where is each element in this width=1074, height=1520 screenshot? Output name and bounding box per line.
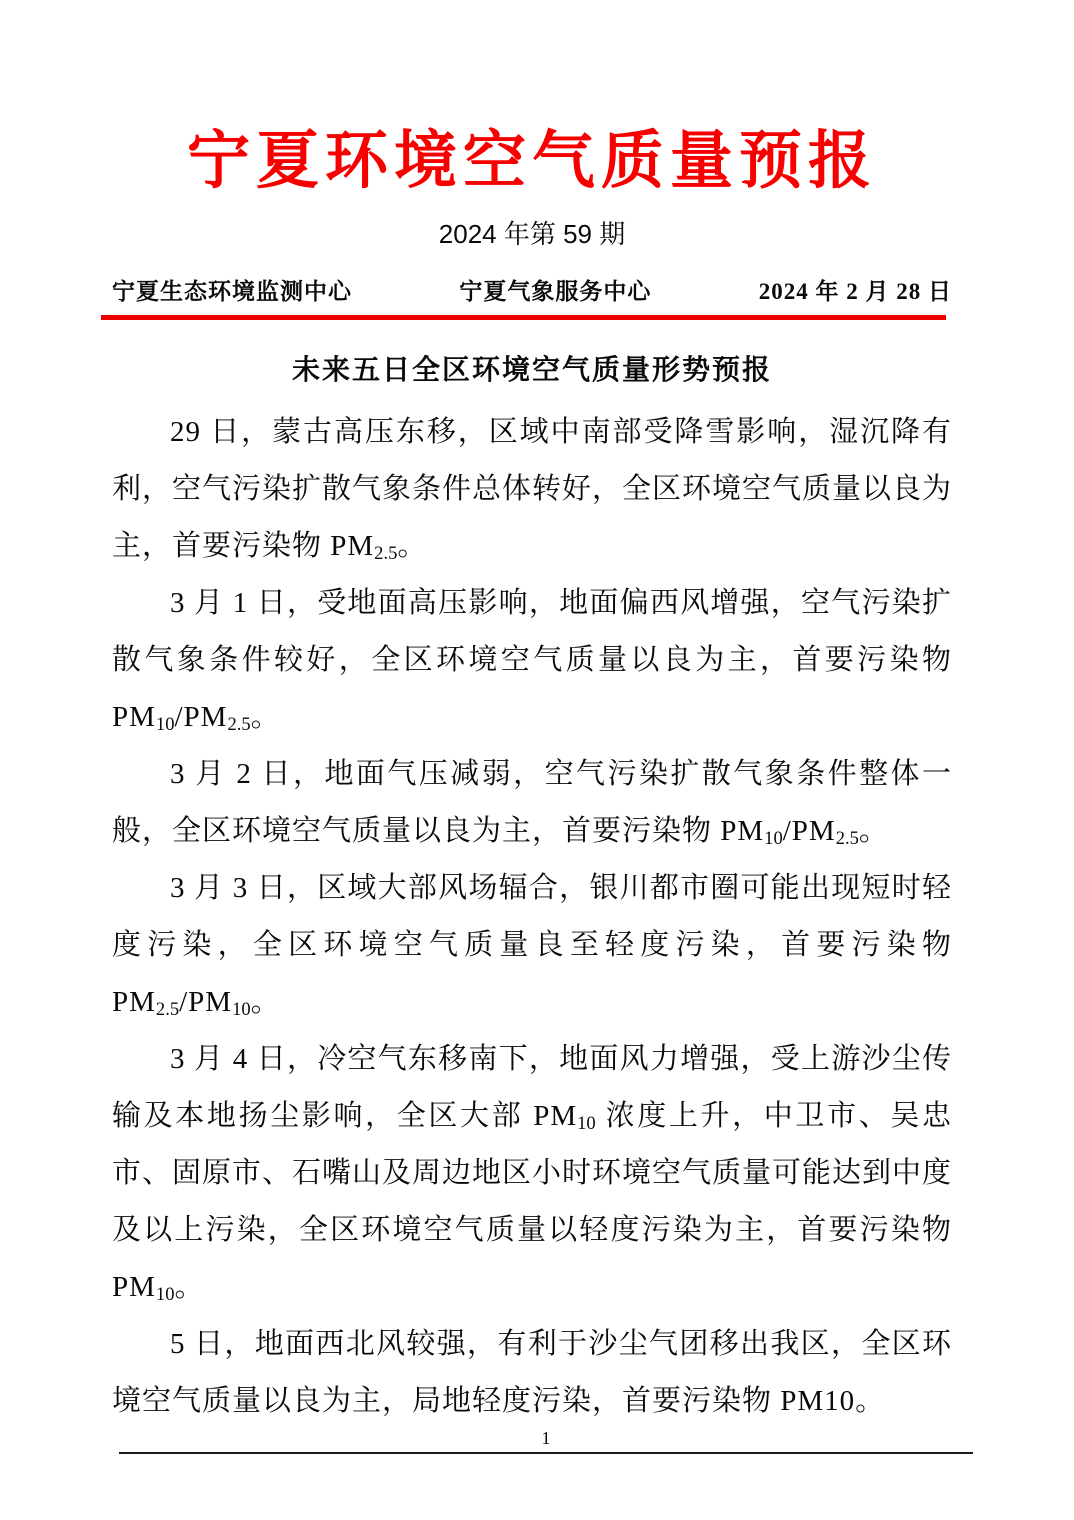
section-heading: 未来五日全区环境空气质量形势预报 [112,354,952,388]
document-page: 宁夏环境空气质量预报 2024 年第 59 期 宁夏生态环境监测中心 宁夏气象服… [0,0,1074,1520]
page-footer: 1 [119,1424,973,1454]
pollutant-subscript: 2.5 [836,828,859,849]
issue-date: 2024 年 2 月 28 日 [759,277,952,307]
org-monitoring-center: 宁夏生态环境监测中心 [112,276,352,306]
document-content: 宁夏环境空气质量预报 2024 年第 59 期 宁夏生态环境监测中心 宁夏气象服… [112,0,952,1430]
forecast-paragraph: 3 月 2 日，地面气压减弱，空气污染扩散气象条件整体一般，全区环境空气质量以良… [112,746,952,860]
pollutant-subscript: 2.5 [374,543,397,564]
red-divider-rule [101,315,946,320]
forecast-paragraph: 3 月 1 日，受地面高压影响，地面偏西风增强，空气污染扩散气象条件较好，全区环… [112,575,952,746]
pollutant-subscript: 10 [577,1113,596,1134]
forecast-paragraph: 29 日，蒙古高压东移，区域中南部受降雪影响，湿沉降有利，空气污染扩散气象条件总… [112,404,952,575]
issue-number: 2024 年第 59 期 [112,218,952,250]
forecast-paragraph: 5 日，地面西北风较强，有利于沙尘气团移出我区，全区环境空气质量以良为主，局地轻… [112,1316,952,1430]
forecast-paragraphs: 29 日，蒙古高压东移，区域中南部受降雪影响，湿沉降有利，空气污染扩散气象条件总… [112,404,952,1430]
pollutant-subscript: 10 [156,1284,175,1305]
forecast-paragraph: 3 月 3 日，区域大部风场辐合，银川都市圈可能出现短时轻度污染，全区环境空气质… [112,860,952,1031]
forecast-paragraph: 3 月 4 日，冷空气东移南下，地面风力增强，受上游沙尘传输及本地扬尘影响，全区… [112,1031,952,1316]
pollutant-subscript: 10 [232,999,251,1020]
pollutant-subscript: 10 [156,714,175,735]
header-row: 宁夏生态环境监测中心 宁夏气象服务中心 2024 年 2 月 28 日 [112,276,952,307]
document-title: 宁夏环境空气质量预报 [112,120,952,202]
pollutant-subscript: 2.5 [227,714,250,735]
page-number: 1 [119,1424,973,1452]
org-meteorological-center: 宁夏气象服务中心 [459,276,651,306]
pollutant-subscript: 10 [764,828,783,849]
footer-rule [119,1452,973,1454]
pollutant-subscript: 2.5 [156,999,179,1020]
